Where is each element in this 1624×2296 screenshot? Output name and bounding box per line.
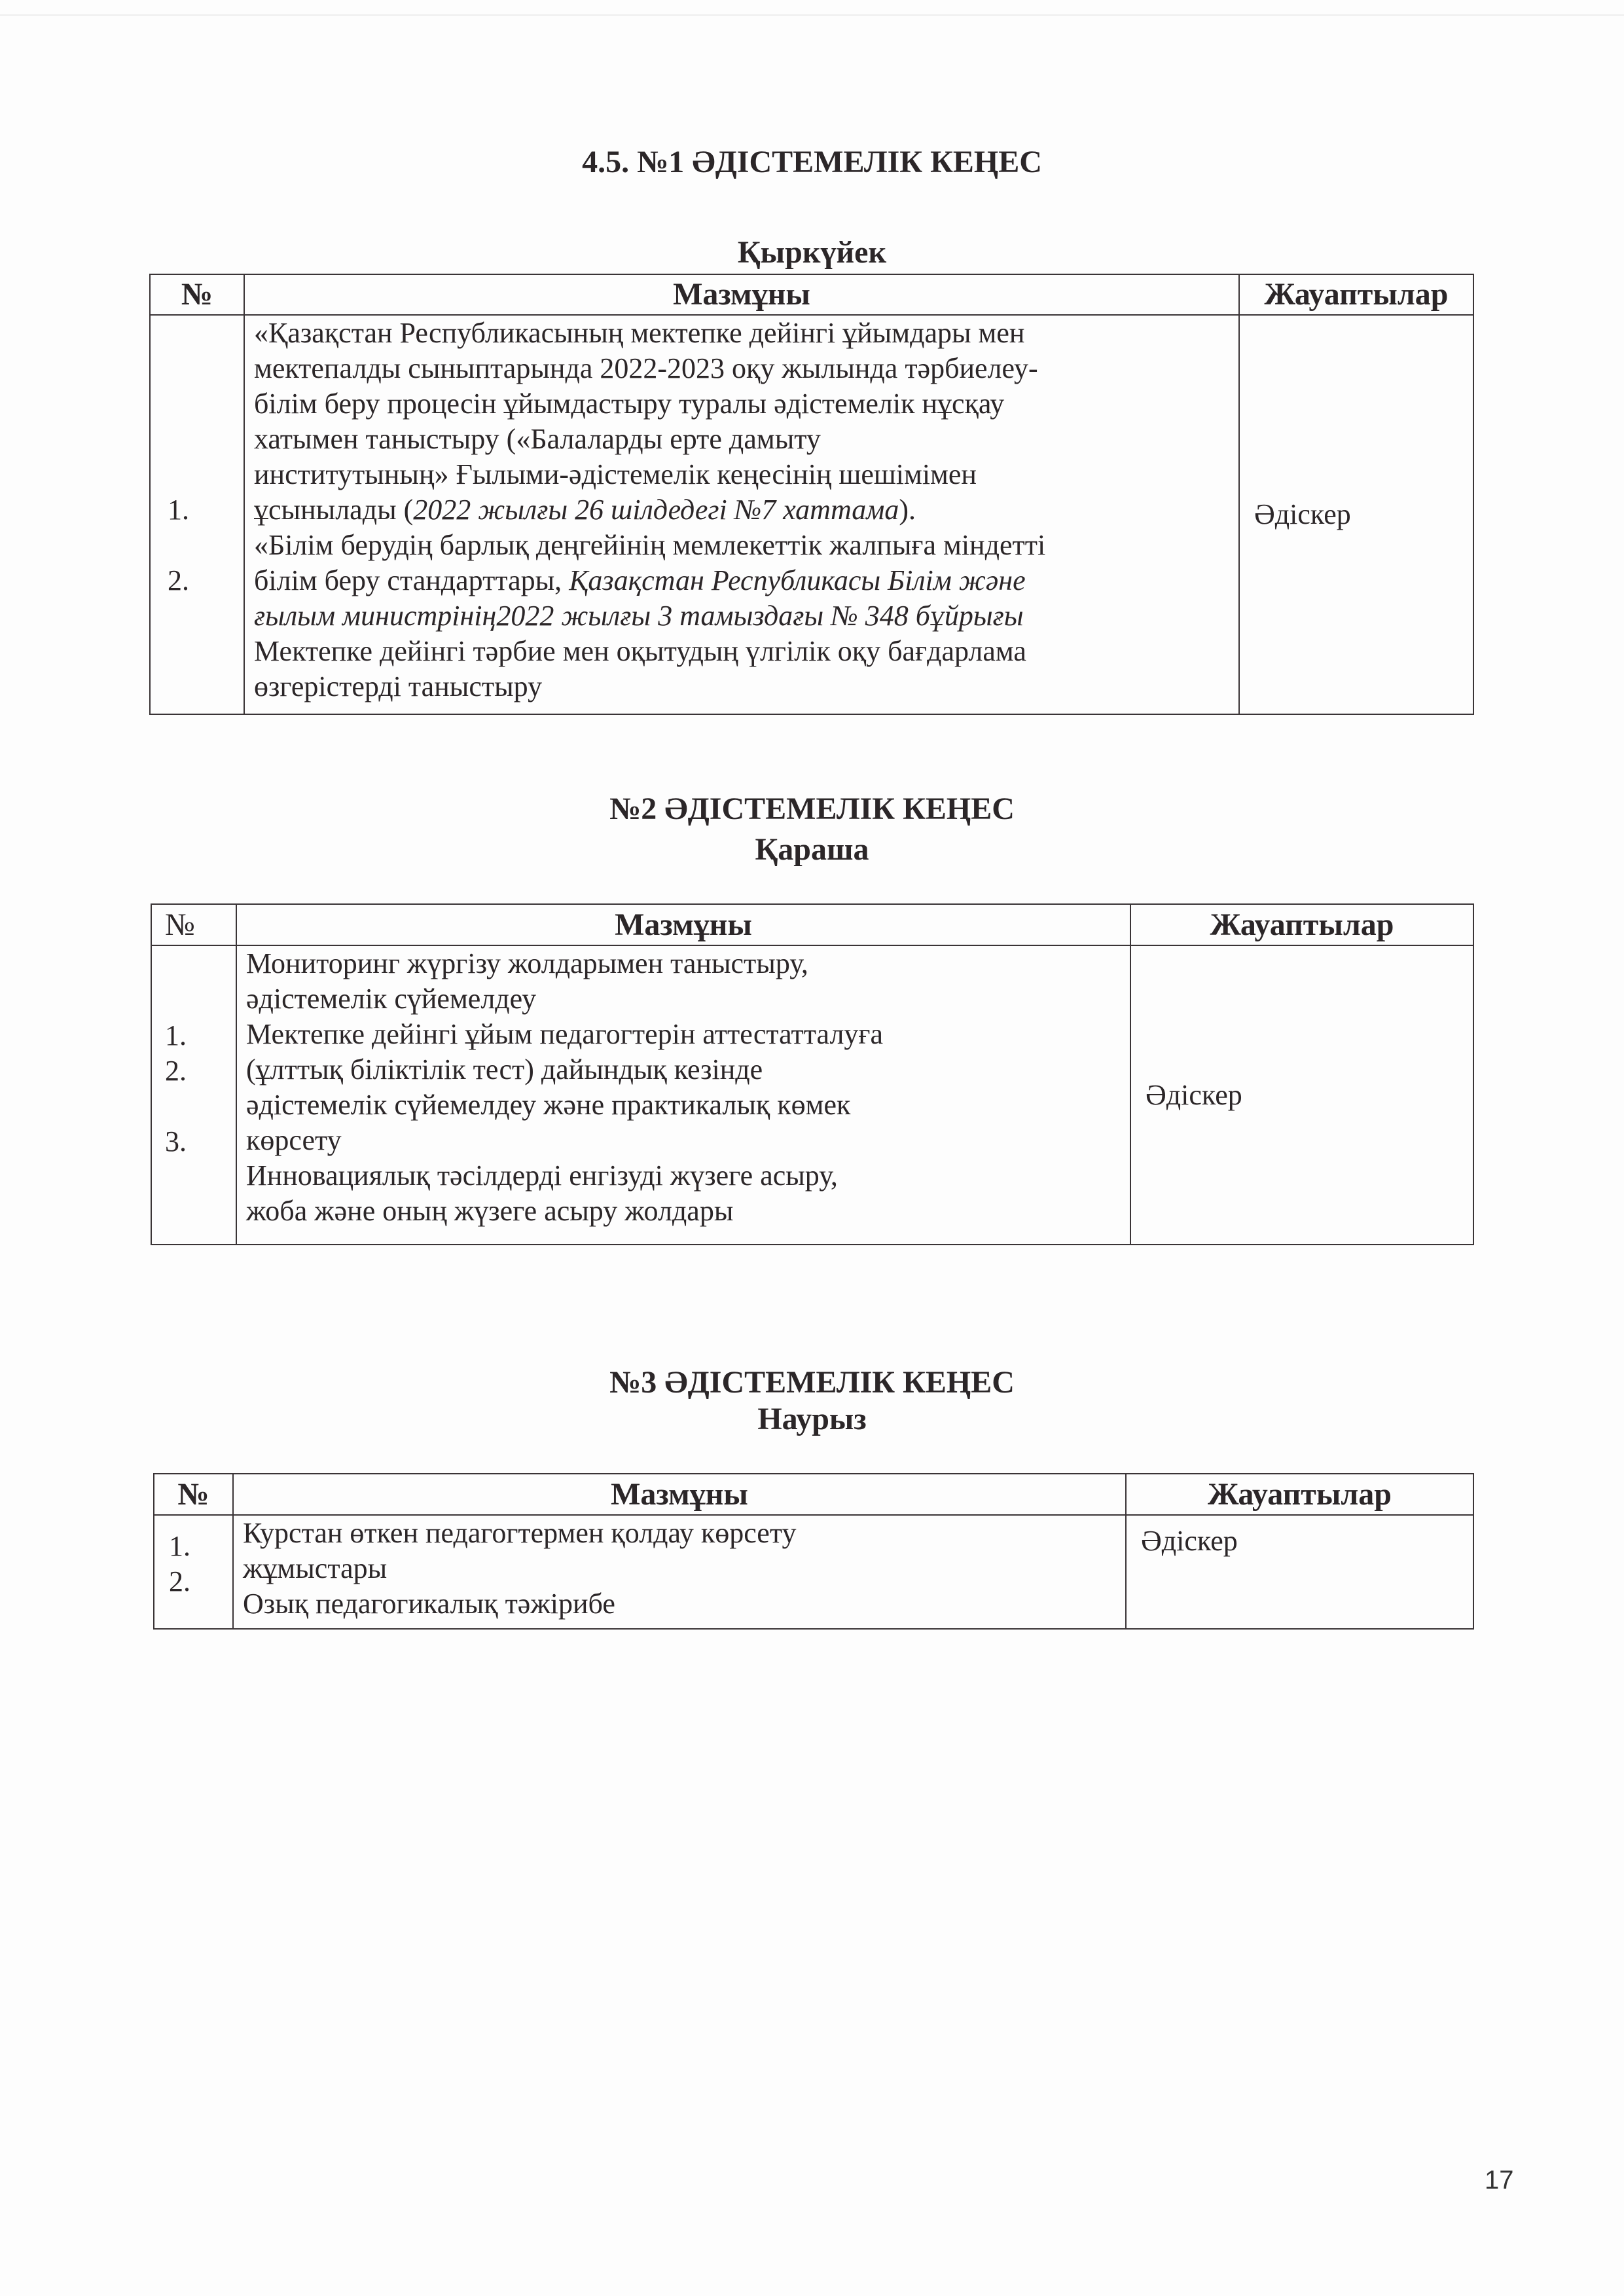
responsible-cell: Әдіскер: [1126, 1515, 1473, 1629]
protocol-reference: 2022 жылғы 26 шілдедегі №7 хаттама: [413, 494, 899, 526]
content-line: «Қазақстан Республикасының мектепке дейі…: [254, 316, 1229, 351]
content-line: Курстан өткен педагогтермен қолдау көрсе…: [243, 1516, 1116, 1551]
text-run: ).: [899, 494, 916, 526]
content-line: хатымен таныстыру («Балаларды ерте дамыт…: [254, 422, 1229, 457]
item-number: 2.: [169, 1564, 223, 1599]
scan-edge: [0, 14, 1624, 16]
header-num: №: [154, 1474, 233, 1515]
table-row: 1. 2. 3. Мониторинг жүргізу жолдарымен т…: [151, 945, 1473, 1245]
table-row: 1. 2. «Қазақстан Республикасының мектепк…: [150, 315, 1473, 714]
content-line: жоба және оның жүзеге асыру жолдары: [246, 1194, 1121, 1229]
content-line: Озық педагогикалық тәжірибе: [243, 1586, 1116, 1622]
row-numbers: 1. 2.: [154, 1515, 233, 1629]
header-responsible: Жауаптылар: [1239, 274, 1473, 315]
section-1-title: 4.5. №1 ӘДІСТЕМЕЛІК КЕҢЕС: [0, 143, 1624, 182]
section-1-month: Қыркүйек: [0, 233, 1624, 272]
content-line: әдістемелік сүйемелдеу және практикалық …: [246, 1087, 1121, 1123]
header-content: Мазмұны: [244, 274, 1239, 315]
table-header-row: № Мазмұны Жауаптылар: [154, 1474, 1473, 1515]
section-3-month: Наурыз: [0, 1400, 1624, 1439]
header-num: №: [151, 904, 236, 945]
header-responsible: Жауаптылар: [1126, 1474, 1473, 1515]
responsible-cell: Әдіскер: [1239, 315, 1473, 714]
content-line: білім беру процесін ұйымдастыру туралы ә…: [254, 386, 1229, 422]
content-line: ұсынылады (2022 жылғы 26 шілдедегі №7 ха…: [254, 492, 1229, 528]
order-reference: ғылым министрінің2022 жылғы 3 тамыздағы …: [254, 598, 1229, 634]
content-line: көрсету: [246, 1123, 1121, 1158]
content-line: жұмыстары: [243, 1551, 1116, 1586]
header-content: Мазмұны: [236, 904, 1130, 945]
header-num: №: [150, 274, 244, 315]
content-line: Мектепке дейінгі ұйым педагогтерін аттес…: [246, 1017, 1121, 1052]
content-line: Мектепке дейінгі тәрбие мен оқытудың үлг…: [254, 634, 1229, 669]
item-number: 1.: [169, 1529, 223, 1564]
text-run: ұсынылады (: [254, 494, 413, 526]
content-line: (ұлттық біліктілік тест) дайындық кезінд…: [246, 1052, 1121, 1087]
item-number: 2.: [165, 1053, 226, 1089]
header-content: Мазмұны: [233, 1474, 1126, 1515]
item-number: 1.: [168, 492, 234, 528]
content-line: өзгерістерді таныстыру: [254, 669, 1229, 704]
content-line: Мониторинг жүргізу жолдарымен таныстыру,: [246, 946, 1121, 981]
section-2-table: № Мазмұны Жауаптылар 1. 2. 3. Мониторинг…: [151, 903, 1474, 1245]
item-number: 3.: [165, 1124, 226, 1159]
section-1-table: № Мазмұны Жауаптылар 1. 2. «Қазақстан Ре…: [149, 274, 1474, 715]
row-content: Мониторинг жүргізу жолдарымен таныстыру,…: [236, 945, 1130, 1245]
section-3-table: № Мазмұны Жауаптылар 1. 2. Курстан өткен…: [153, 1473, 1474, 1630]
row-content: «Қазақстан Республикасының мектепке дейі…: [244, 315, 1239, 714]
page-number: 17: [1485, 2166, 1514, 2195]
item-number: 1.: [165, 1018, 226, 1053]
row-numbers: 1. 2. 3.: [151, 945, 236, 1245]
content-line: Инновациялық тәсілдерді енгізуді жүзеге …: [246, 1158, 1121, 1194]
section-2-month: Қараша: [0, 830, 1624, 869]
table-header-row: № Мазмұны Жауаптылар: [151, 904, 1473, 945]
section-2-title: №2 ӘДІСТЕМЕЛІК КЕҢЕС: [0, 790, 1624, 829]
row-numbers: 1. 2.: [150, 315, 244, 714]
content-line: мектепалды сыныптарында 2022-2023 оқу жы…: [254, 351, 1229, 386]
content-line: әдістемелік сүйемелдеу: [246, 981, 1121, 1017]
header-responsible: Жауаптылар: [1130, 904, 1473, 945]
table-header-row: № Мазмұны Жауаптылар: [150, 274, 1473, 315]
responsible-cell: Әдіскер: [1130, 945, 1473, 1245]
ministry-reference: Қазақстан Республикасы Білім және: [569, 564, 1025, 596]
content-line: «Білім берудің барлық деңгейінің мемлеке…: [254, 528, 1229, 563]
content-line: институтының» Ғылыми-әдістемелік кеңесін…: [254, 457, 1229, 492]
section-3-title: №3 ӘДІСТЕМЕЛІК КЕҢЕС: [0, 1363, 1624, 1402]
content-line: білім беру стандарттары, Қазақстан Респу…: [254, 563, 1229, 598]
table-row: 1. 2. Курстан өткен педагогтермен қолдау…: [154, 1515, 1473, 1629]
item-number: 2.: [168, 563, 234, 598]
row-content: Курстан өткен педагогтермен қолдау көрсе…: [233, 1515, 1126, 1629]
text-run: білім беру стандарттары,: [254, 564, 569, 596]
